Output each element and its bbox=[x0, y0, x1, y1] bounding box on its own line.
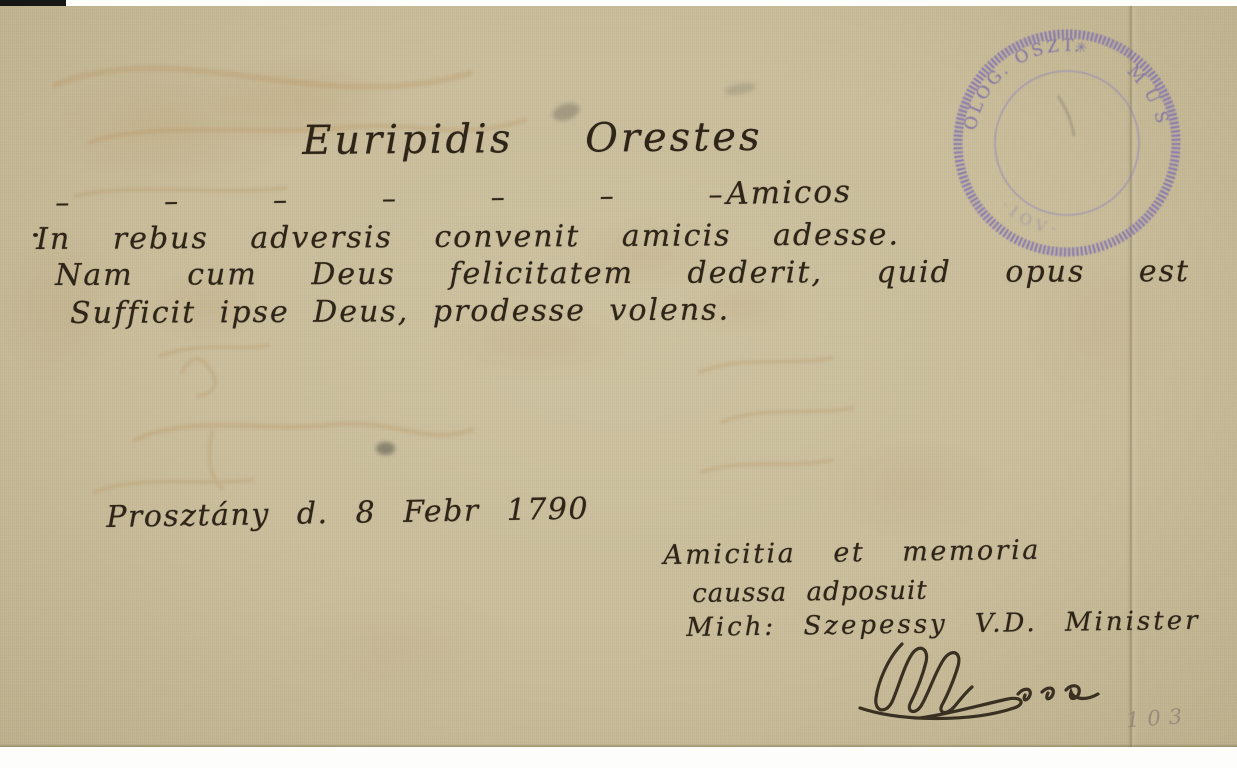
verse-line-1: In rebus adversis convenit amicis adesse… bbox=[36, 217, 900, 257]
verse-line-3: Sufficit ipse Deus, prodesse volens. bbox=[70, 293, 730, 331]
amicos-word: Amicos bbox=[726, 174, 852, 212]
library-stamp: OLOG. OSZT. ✳ MUS ·IOV· bbox=[938, 12, 1200, 278]
manuscript-scan: OLOG. OSZT. ✳ MUS ·IOV· Euripidis Oreste… bbox=[0, 0, 1237, 768]
verse-line-2: Nam cum Deus felicitatem dederit, quid o… bbox=[55, 253, 1237, 293]
dedication-line-1: Amicitia et memoria bbox=[663, 535, 1041, 571]
title-euripidis-orestes: Euripidis Orestes bbox=[302, 114, 763, 164]
signature-monogram-flourish bbox=[842, 632, 1122, 727]
ink-smudge bbox=[376, 442, 395, 455]
stamp-text-upper-left: OLOG. OSZT. bbox=[961, 36, 1084, 132]
stamp-text-bottom: ·IOV· bbox=[998, 196, 1063, 239]
ink-dot bbox=[33, 233, 38, 237]
stamp-center-pencil-mark bbox=[1058, 96, 1074, 136]
dedication-line-2: caussa adposuit bbox=[692, 576, 928, 609]
svg-text:·IOV·: ·IOV· bbox=[998, 196, 1063, 239]
stamp-star-mark: ✳ bbox=[1074, 39, 1088, 57]
svg-text:✳: ✳ bbox=[1074, 39, 1088, 57]
stamp-rings bbox=[958, 34, 1176, 252]
svg-text:OLOG. OSZT.: OLOG. OSZT. bbox=[961, 36, 1084, 132]
page-number: 103 bbox=[1125, 704, 1191, 732]
